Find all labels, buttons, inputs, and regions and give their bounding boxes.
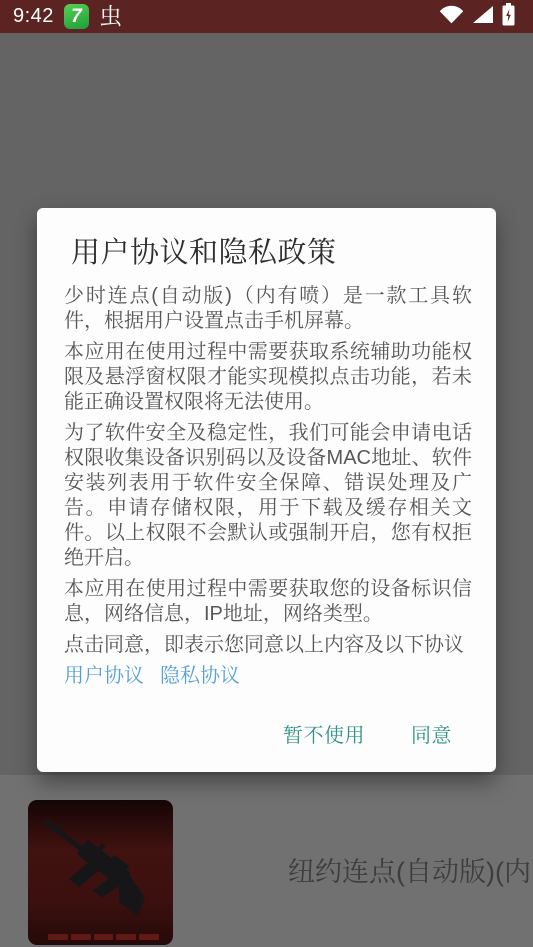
dialog-action-bar: 暂不使用 同意 xyxy=(283,717,452,750)
paragraph-accessibility-permissions: 本应用在使用过程中需要获取系统辅助功能权限及悬浮窗权限才能实现模拟点击功能，若未… xyxy=(64,340,472,415)
status-bar-left: 9:42 7 虫 xyxy=(0,4,122,29)
clock: 9:42 xyxy=(13,5,54,28)
background-list-item-title: 纽约连点(自动版)(内 xyxy=(288,850,531,889)
gun-thumbnail xyxy=(28,800,173,945)
rifle-silhouette-icon xyxy=(28,800,173,945)
privacy-agreement-link[interactable]: 隐私协议 xyxy=(160,664,240,689)
paragraph-data-collection: 为了软件安全及稳定性，我们可能会申请电话权限收集设备识别码以及设备MAC地址、软… xyxy=(64,421,472,571)
phone-screen: 9:42 7 虫 xyxy=(0,0,533,947)
background-app-list-item: 纽约连点(自动版)(内 xyxy=(0,790,533,947)
notification-app-icon-7: 7 xyxy=(64,4,89,29)
paragraph-agree-notice: 点击同意，即表示您同意以上内容及以下协议 xyxy=(64,633,472,658)
user-agreement-link[interactable]: 用户协议 xyxy=(64,664,144,689)
paragraph-device-info: 本应用在使用过程中需要获取您的设备标识信息，网络信息，IP地址，网络类型。 xyxy=(64,577,472,627)
status-bar: 9:42 7 虫 xyxy=(0,0,533,33)
wifi-icon xyxy=(439,5,464,29)
battery-charging-icon xyxy=(502,3,515,31)
notification-app-icon-chong: 虫 xyxy=(99,5,122,28)
dialog-title: 用户协议和隐私政策 xyxy=(64,230,472,271)
thumbnail-fineprint-strip xyxy=(48,934,159,940)
privacy-policy-dialog: 用户协议和隐私政策 少时连点(自动版)（内有喷）是一款工具软件，根据用户设置点击… xyxy=(37,208,496,772)
dialog-body: 少时连点(自动版)（内有喷）是一款工具软件，根据用户设置点击手机屏幕。 本应用在… xyxy=(64,284,472,689)
agreement-links: 用户协议 隐私协议 xyxy=(64,664,472,689)
dismiss-button[interactable]: 暂不使用 xyxy=(283,717,365,750)
agree-button[interactable]: 同意 xyxy=(411,717,452,750)
paragraph-app-intro: 少时连点(自动版)（内有喷）是一款工具软件，根据用户设置点击手机屏幕。 xyxy=(64,284,472,334)
status-bar-right xyxy=(439,0,515,33)
cellular-signal-icon xyxy=(473,6,493,28)
